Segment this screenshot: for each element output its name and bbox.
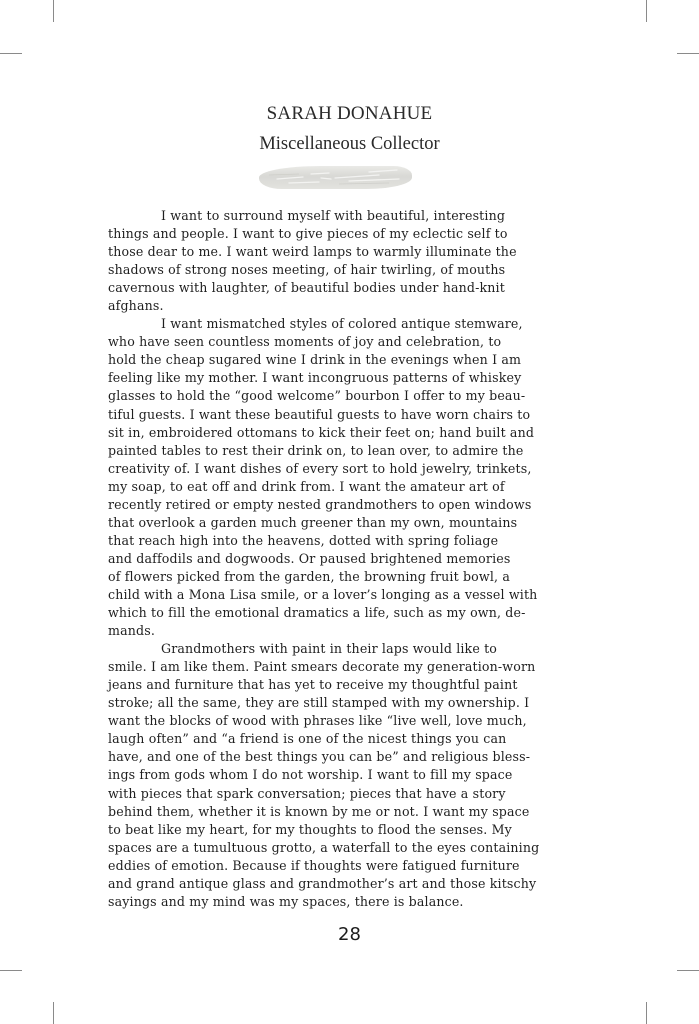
text-line: that reach high into the heavens, dotted… — [108, 532, 568, 550]
text-line: spaces are a tumultuous grotto, a waterf… — [108, 839, 568, 857]
text-line: recently retired or empty nested grandmo… — [108, 496, 568, 514]
text-line: mands. — [108, 622, 568, 640]
brushstroke-ornament-icon — [259, 166, 412, 189]
text-line: eddies of emotion. Because if thoughts w… — [108, 857, 568, 875]
text-line: and grand antique glass and grandmother’… — [108, 875, 568, 893]
text-line: things and people. I want to give pieces… — [108, 225, 568, 243]
text-line: cavernous with laughter, of beautiful bo… — [108, 279, 568, 297]
text-line: I want mismatched styles of colored anti… — [108, 315, 568, 333]
text-line: child with a Mona Lisa smile, or a lover… — [108, 586, 568, 604]
crop-mark-top-right-vertical — [646, 0, 647, 22]
text-line: afghans. — [108, 297, 568, 315]
text-line: and daffodils and dogwoods. Or paused br… — [108, 550, 568, 568]
text-line: Grandmothers with paint in their laps wo… — [108, 640, 568, 658]
text-line: shadows of strong noses meeting, of hair… — [108, 261, 568, 279]
text-line: that overlook a garden much greener than… — [108, 514, 568, 532]
text-line: those dear to me. I want weird lamps to … — [108, 243, 568, 261]
text-line: hold the cheap sugared wine I drink in t… — [108, 351, 568, 369]
text-line: my soap, to eat off and drink from. I wa… — [108, 478, 568, 496]
text-line: laugh often” and “a friend is one of the… — [108, 730, 568, 748]
crop-mark-bottom-left-vertical — [53, 1002, 54, 1024]
text-line: creativity of. I want dishes of every so… — [108, 460, 568, 478]
text-line: have, and one of the best things you can… — [108, 748, 568, 766]
text-line: behind them, whether it is known by me o… — [108, 803, 568, 821]
paragraph-2: I want mismatched styles of colored anti… — [108, 315, 568, 640]
text-line: jeans and furniture that has yet to rece… — [108, 676, 568, 694]
crop-mark-top-right-horizontal — [677, 53, 699, 54]
crop-mark-bottom-left-horizontal — [0, 970, 22, 971]
text-line: feeling like my mother. I want incongruo… — [108, 369, 568, 387]
text-line: who have seen countless moments of joy a… — [108, 333, 568, 351]
text-line: glasses to hold the “good welcome” bourb… — [108, 387, 568, 405]
text-line: tiful guests. I want these beautiful gue… — [108, 406, 568, 424]
piece-title: Miscellaneous Collector — [0, 134, 699, 155]
text-line: want the blocks of wood with phrases lik… — [108, 712, 568, 730]
text-line: to beat like my heart, for my thoughts t… — [108, 821, 568, 839]
crop-mark-top-left-vertical — [53, 0, 54, 22]
text-line: ings from gods whom I do not worship. I … — [108, 766, 568, 784]
text-line: smile. I am like them. Paint smears deco… — [108, 658, 568, 676]
text-line: which to fill the emotional dramatics a … — [108, 604, 568, 622]
crop-mark-bottom-right-horizontal — [677, 970, 699, 971]
page-number: 28 — [0, 924, 699, 945]
text-line: sit in, embroidered ottomans to kick the… — [108, 424, 568, 442]
text-line: of flowers picked from the garden, the b… — [108, 568, 568, 586]
text-line: sayings and my mind was my spaces, there… — [108, 893, 568, 911]
text-line: painted tables to rest their drink on, t… — [108, 442, 568, 460]
document-page: SARAH DONAHUE Miscellaneous Collector I … — [0, 0, 699, 1024]
author-name: SARAH DONAHUE — [0, 103, 699, 125]
crop-mark-top-left-horizontal — [0, 53, 22, 54]
paragraph-1: I want to surround myself with beautiful… — [108, 207, 568, 315]
body-text: I want to surround myself with beautiful… — [108, 207, 568, 911]
crop-mark-bottom-right-vertical — [646, 1002, 647, 1024]
text-line: with pieces that spark conversation; pie… — [108, 785, 568, 803]
paragraph-3: Grandmothers with paint in their laps wo… — [108, 640, 568, 911]
text-line: stroke; all the same, they are still sta… — [108, 694, 568, 712]
text-line: I want to surround myself with beautiful… — [108, 207, 568, 225]
